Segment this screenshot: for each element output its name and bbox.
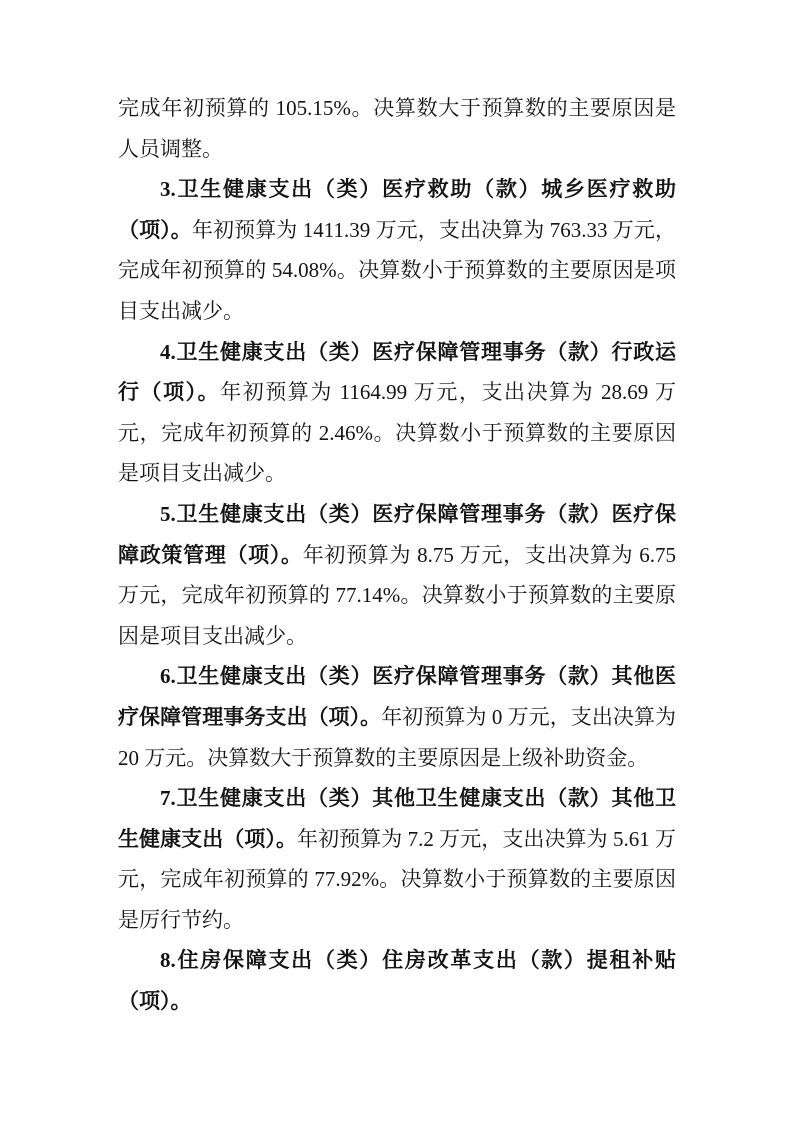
document-page: 完成年初预算的 105.15%。决算数大于预算数的主要原因是人员调整。 3.卫生… xyxy=(0,0,793,1122)
paragraph-body: 完成年初预算的 105.15%。决算数大于预算数的主要原因是人员调整。 xyxy=(118,96,676,161)
paragraph-item-5: 5.卫生健康支出（类）医疗保障管理事务（款）医疗保障政策管理（项）。年初预算为 … xyxy=(118,494,676,656)
paragraph-heading: 8.住房保障支出（类）住房改革支出（款）提租补贴（项）。 xyxy=(118,948,676,1013)
paragraph-item-6: 6.卫生健康支出（类）医疗保障管理事务（款）其他医疗保障管理事务支出（项）。年初… xyxy=(118,656,676,778)
paragraph-item-4: 4.卫生健康支出（类）医疗保障管理事务（款）行政运行（项）。年初预算为 1164… xyxy=(118,332,676,494)
paragraph-body: 年初预算为 1411.39 万元，支出决算为 763.33 万元，完成年初预算的… xyxy=(118,218,676,323)
paragraph-item-7: 7.卫生健康支出（类）其他卫生健康支出（款）其他卫生健康支出（项）。年初预算为 … xyxy=(118,778,676,940)
paragraph-item-3: 3.卫生健康支出（类）医疗救助（款）城乡医疗救助（项）。年初预算为 1411.3… xyxy=(118,169,676,331)
paragraph-item-8: 8.住房保障支出（类）住房改革支出（款）提租补贴（项）。 xyxy=(118,940,676,1021)
paragraph-continuation: 完成年初预算的 105.15%。决算数大于预算数的主要原因是人员调整。 xyxy=(118,88,676,169)
